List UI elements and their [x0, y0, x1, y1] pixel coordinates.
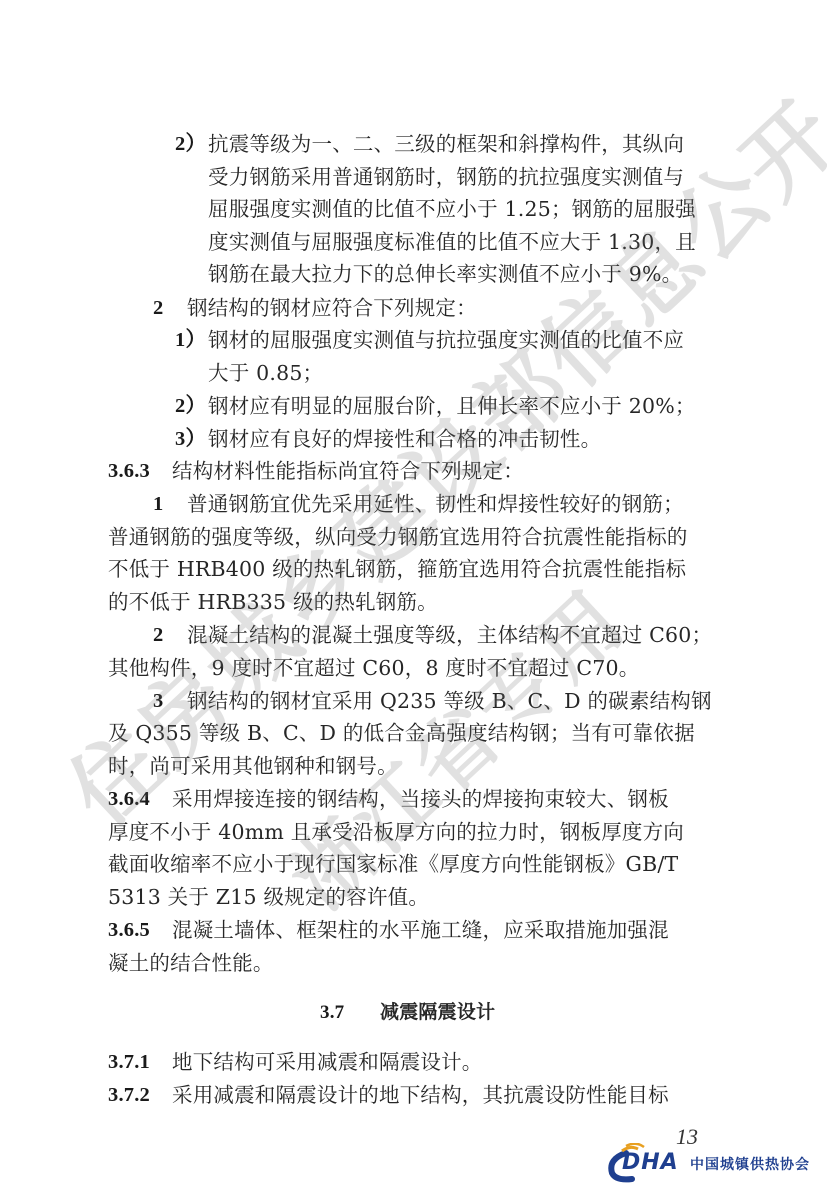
text-line: 地下结构可采用减震和隔震设计。: [172, 1050, 483, 1074]
section-title: 减震隔震设计: [380, 1001, 495, 1023]
text-line: 大于 0.85；: [208, 361, 323, 385]
text-line: 钢筋在最大拉力下的总伸长率实测值不应小于 9%。: [208, 262, 682, 286]
text-line: 采用减震和隔震设计的地下结构，其抗震设防性能目标: [172, 1083, 669, 1107]
logo-org-name: 中国城镇供热协会: [690, 1154, 810, 1174]
clause-number: 3.6.4: [108, 787, 150, 811]
section-heading: 3.7 减震隔震设计: [320, 1000, 495, 1025]
text-line: 混凝土结构的混凝土强度等级，主体结构不宜超过 C60；: [187, 623, 712, 647]
text-line: 钢材的屈服强度实测值与抗拉强度实测值的比值不应: [208, 328, 684, 352]
clause-number: 3.7.1: [108, 1050, 150, 1074]
clause-number: 2: [153, 623, 163, 647]
text-line: 厚度不小于 40mm 且承受沿板厚方向的拉力时，钢板厚度方向: [108, 820, 684, 844]
clause-number: 1: [153, 492, 163, 516]
section-number: 3.7: [320, 1002, 344, 1023]
text-line: 屈服强度实测值的比值不应小于 1.25；钢筋的屈服强: [208, 197, 696, 221]
clause-number: 2: [153, 296, 163, 320]
text-line: 钢结构的钢材应符合下列规定：: [187, 296, 477, 320]
text-line: 凝土的结合性能。: [108, 951, 274, 975]
text-line: 采用焊接连接的钢结构，当接头的焊接拘束较大、钢板: [172, 787, 669, 811]
text-line: 5313 关于 Z15 级规定的容许值。: [108, 885, 429, 909]
text-line: 时，尚可采用其他钢种和钢号。: [108, 754, 398, 778]
text-line: 其他构件，9 度时不宜超过 C60，8 度时不宜超过 C70。: [108, 656, 639, 680]
text-line: 混凝土墙体、框架柱的水平施工缝，应采取措施加强混: [172, 918, 669, 942]
text-line: 结构材料性能指标尚宜符合下列规定：: [172, 459, 524, 483]
clause-number: 2）: [175, 394, 206, 418]
text-line: 及 Q355 等级 B、C、D 的低合金高强度结构钢；当有可靠依据: [108, 721, 695, 745]
logo-abbrev: DHA: [622, 1150, 679, 1175]
clause-number: 2）: [175, 132, 206, 156]
text-line: 不低于 HRB400 级的热轧钢筋，箍筋宜选用符合抗震性能指标: [108, 557, 686, 581]
document-page: 2）抗震等级为一、二、三级的框架和斜撑构件，其纵向受力钢筋采用普通钢筋时，钢筋的…: [0, 0, 827, 1198]
clause-number: 3.6.5: [108, 918, 150, 942]
text-line: 截面收缩率不应小于现行国家标准《厚度方向性能钢板》GB/T: [108, 852, 678, 876]
text-line: 受力钢筋采用普通钢筋时，钢筋的抗拉强度实测值与: [208, 165, 684, 189]
text-line: 普通钢筋宜优先采用延性、韧性和焊接性较好的钢筋；: [187, 492, 684, 516]
text-line: 的不低于 HRB335 级的热轧钢筋。: [108, 590, 438, 614]
text-line: 普通钢筋的强度等级，纵向受力钢筋宜选用符合抗震性能指标的: [108, 525, 688, 549]
text-line: 钢材应有明显的屈服台阶，且伸长率不应小于 20%；: [208, 394, 696, 418]
text-line: 钢材应有良好的焊接性和合格的冲击韧性。: [208, 427, 601, 451]
clause-number: 1）: [175, 328, 206, 352]
text-line: 钢结构的钢材宜采用 Q235 等级 B、C、D 的碳素结构钢: [187, 689, 712, 713]
clause-number: 3.6.3: [108, 459, 150, 483]
text-line: 抗震等级为一、二、三级的框架和斜撑构件，其纵向: [208, 132, 684, 156]
text-line: 度实测值与屈服强度标准值的比值不应大于 1.30，且: [208, 230, 696, 254]
clause-number: 3）: [175, 427, 206, 451]
clause-number: 3.7.2: [108, 1083, 150, 1107]
clause-number: 3: [153, 689, 163, 713]
